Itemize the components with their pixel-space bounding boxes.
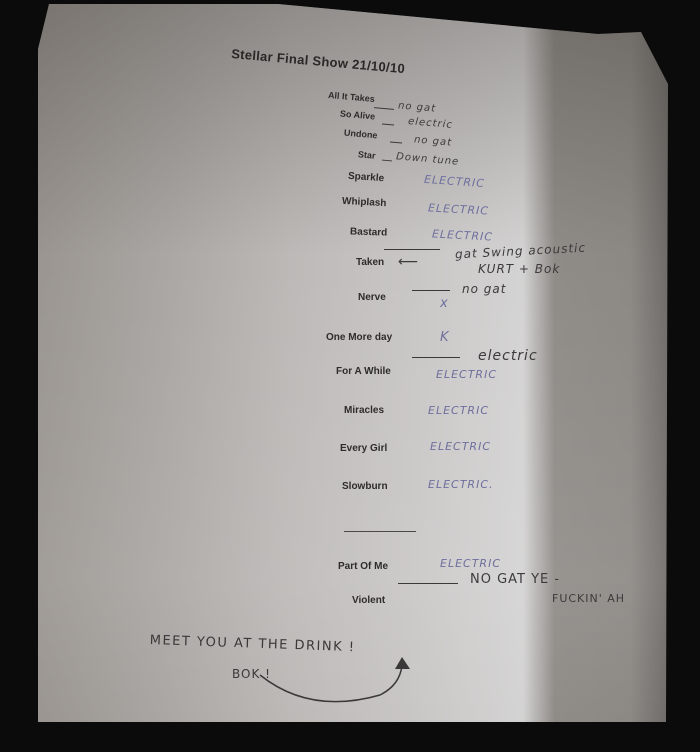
song-for-a-while: For A While [336, 366, 391, 377]
song-slowburn: Slowburn [342, 481, 388, 492]
note-one-more-day: K [440, 330, 450, 345]
encore-divider [344, 531, 416, 532]
song-whiplash: Whiplash [342, 196, 387, 209]
x-mark: x [440, 296, 449, 311]
note-every-girl: ELECTRIC [430, 440, 491, 453]
note-part-of-me: ELECTRIC [440, 557, 501, 570]
setlist-paper: Stellar Final Show 21/10/10 All It Takes… [0, 0, 700, 752]
dash [412, 357, 460, 358]
song-one-more-day: One More day [326, 332, 392, 343]
note-slowburn: ELECTRIC. [428, 478, 494, 491]
song-taken: Taken [356, 257, 384, 268]
note-miracles: ELECTRIC [428, 404, 489, 417]
note-taken-2: KURT + Bok [478, 262, 560, 276]
note-nerve: no gat [462, 282, 506, 296]
song-bastard: Bastard [350, 226, 388, 238]
dash [384, 249, 440, 250]
song-miracles: Miracles [344, 405, 384, 416]
song-nerve: Nerve [358, 292, 386, 303]
arrow-mark: ⟵ [398, 254, 419, 270]
song-star: Star [358, 149, 376, 160]
song-violent: Violent [352, 595, 385, 606]
song-every-girl: Every Girl [340, 443, 387, 454]
note-for-a-while-above: electric [478, 348, 538, 364]
note-violent: NO GAT YE - [470, 572, 560, 587]
dash [398, 583, 458, 584]
note-for-a-while: ELECTRIC [436, 368, 497, 381]
dash [412, 290, 450, 291]
curved-arrow-icon [250, 655, 420, 715]
note-violent-2: FUCKIN' AH [552, 592, 625, 605]
song-part-of-me: Part Of Me [338, 561, 388, 572]
